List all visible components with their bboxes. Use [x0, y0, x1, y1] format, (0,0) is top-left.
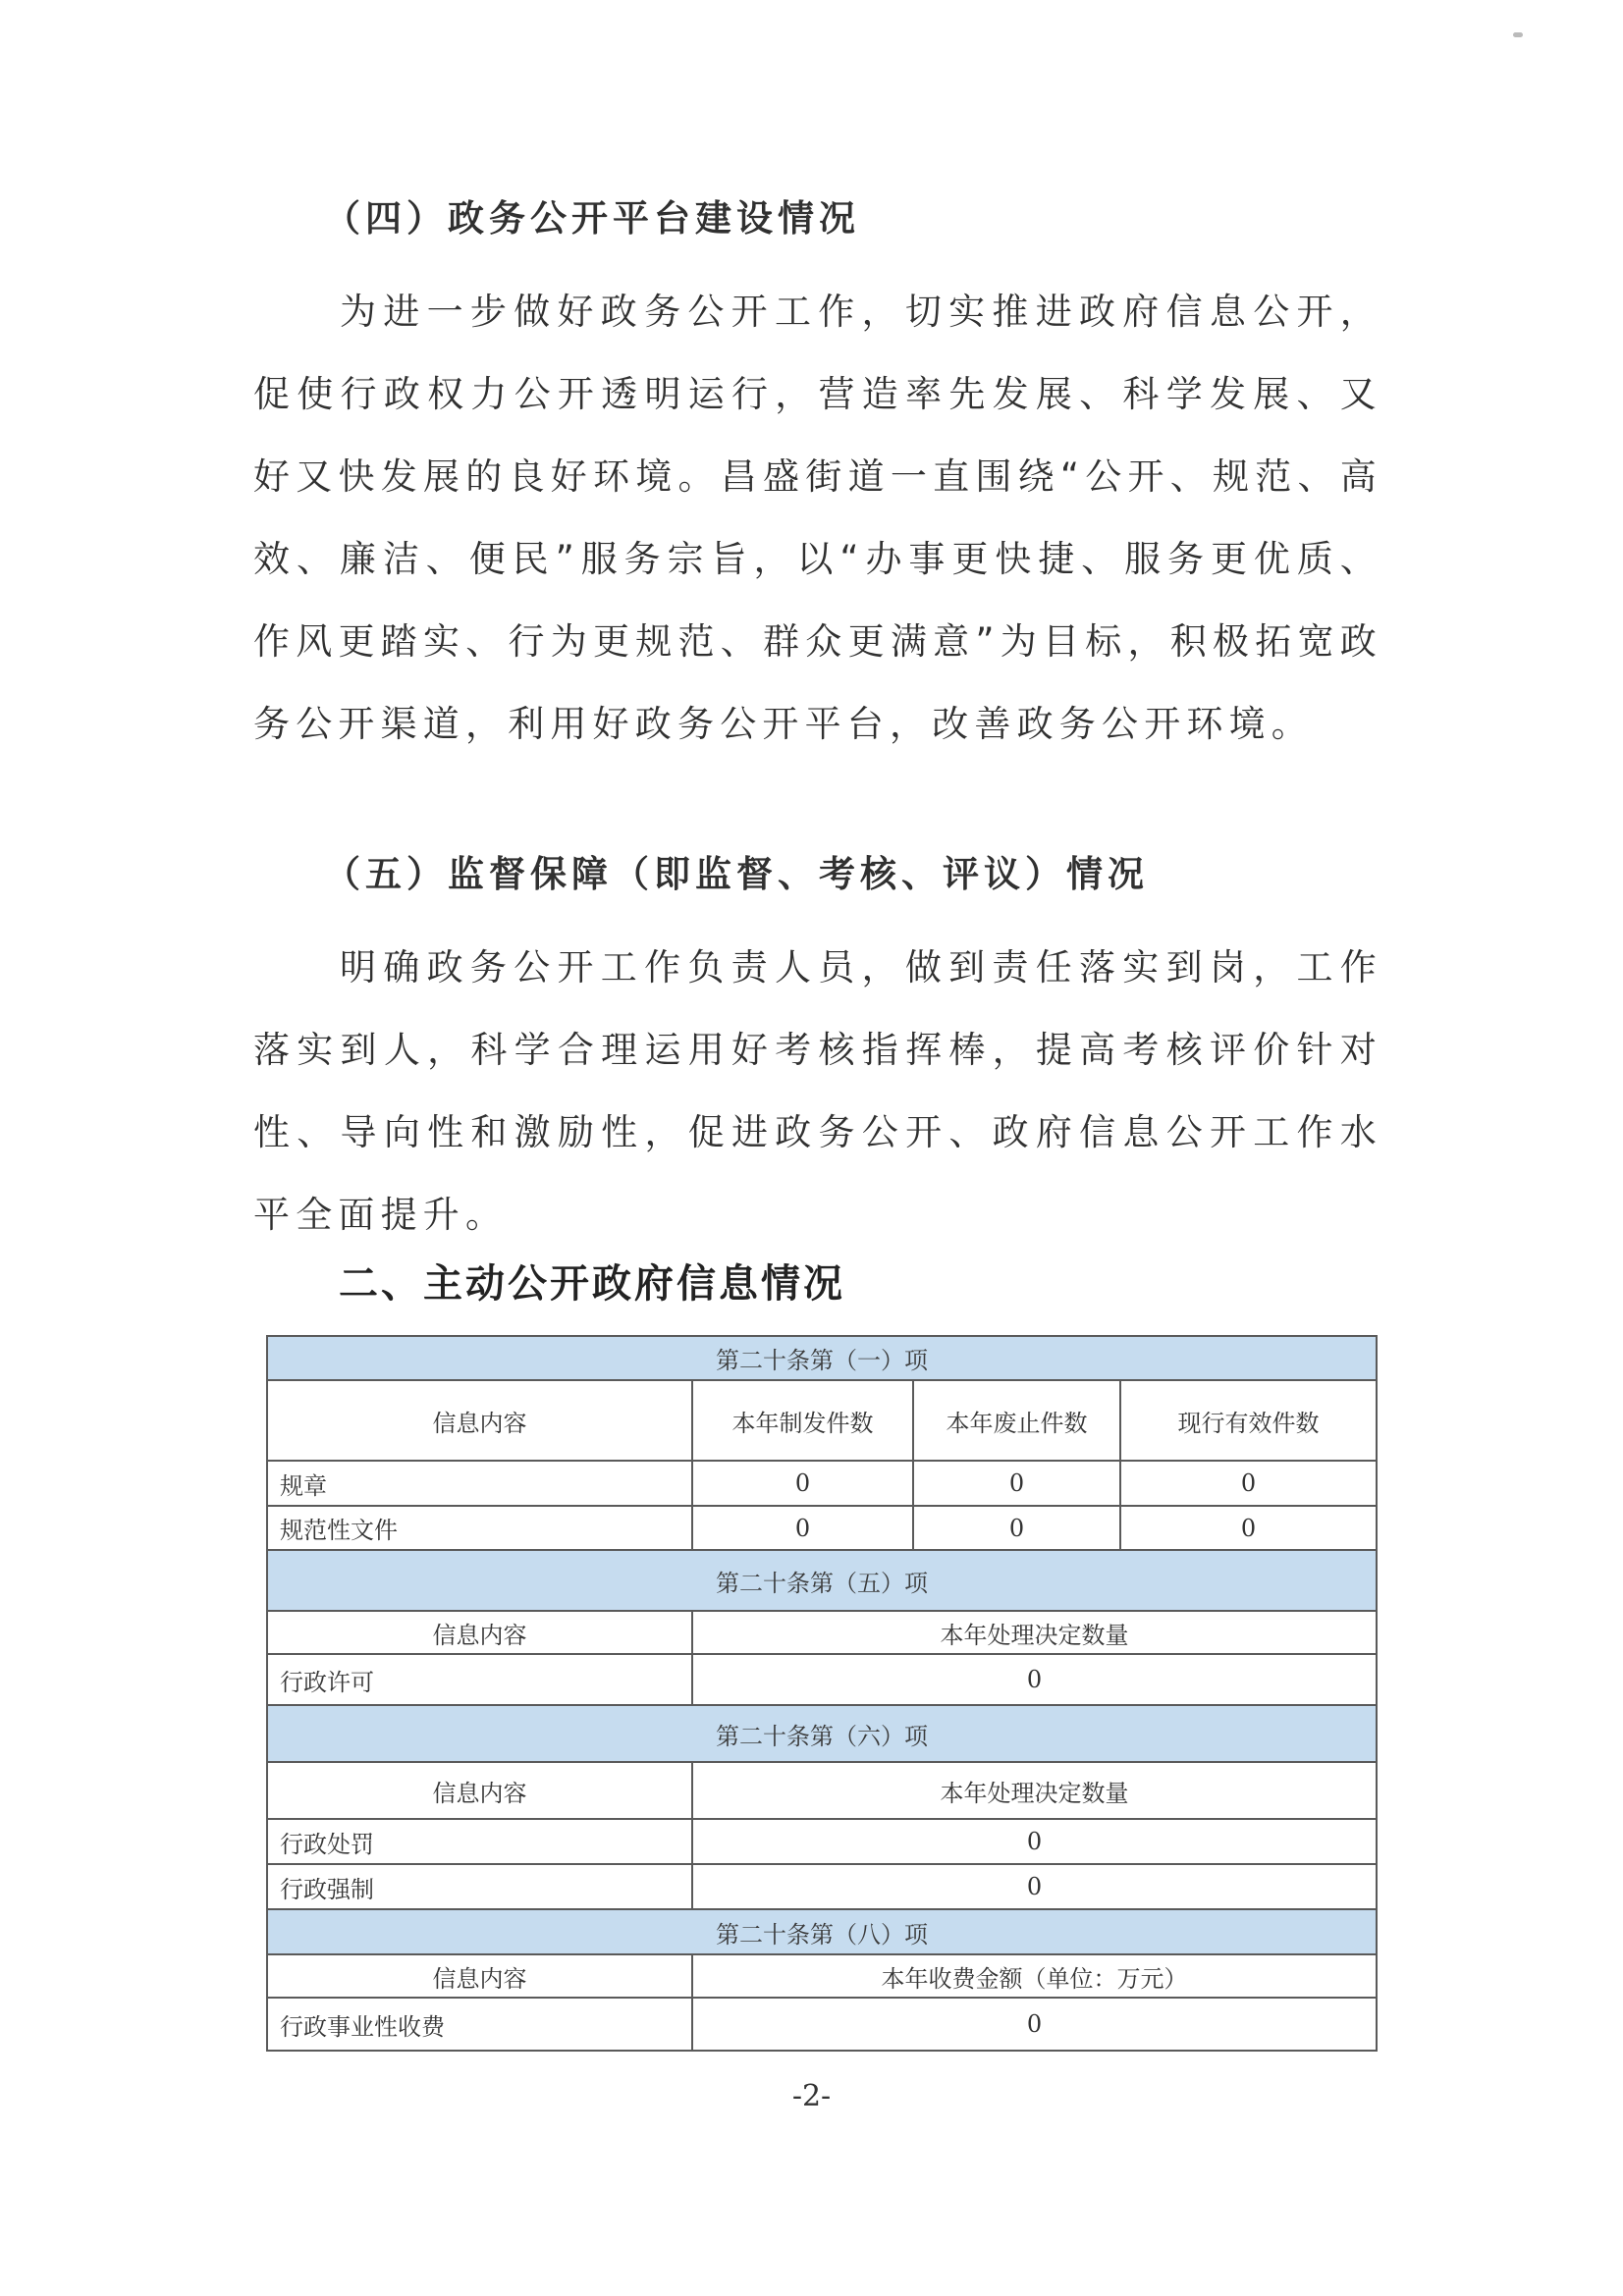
cell-value: 0: [692, 1506, 913, 1550]
column-header: 本年废止件数: [913, 1380, 1120, 1461]
cell-value: 0: [913, 1506, 1120, 1550]
column-header: 信息内容: [267, 1954, 692, 1998]
row-label: 行政处罚: [267, 1819, 692, 1864]
cell-value: 0: [1120, 1461, 1377, 1506]
cell-value: 0: [692, 1654, 1377, 1705]
table-row: 行政事业性收费 0: [267, 1998, 1377, 2051]
column-header: 本年处理决定数量: [692, 1762, 1377, 1819]
column-header: 现行有效件数: [1120, 1380, 1377, 1461]
column-header-row: 信息内容 本年处理决定数量: [267, 1611, 1377, 1654]
section-band-row: 第二十条第（八）项: [267, 1909, 1377, 1954]
column-header-row: 信息内容 本年处理决定数量: [267, 1762, 1377, 1819]
cell-value: 0: [692, 1819, 1377, 1864]
section-band-row: 第二十条第（五）项: [267, 1550, 1377, 1611]
table-row: 行政许可 0: [267, 1654, 1377, 1705]
row-label: 规范性文件: [267, 1506, 692, 1550]
table-row: 规章 0 0 0: [267, 1461, 1377, 1506]
section-title: 第二十条第（五）项: [267, 1550, 1377, 1611]
section-band-row: 第二十条第（六）项: [267, 1705, 1377, 1762]
part2-title: 二、主动公开政府信息情况: [339, 1259, 845, 1308]
row-label: 行政事业性收费: [267, 1998, 692, 2051]
row-label: 规章: [267, 1461, 692, 1506]
row-label: 行政许可: [267, 1654, 692, 1705]
table-row: 行政强制 0: [267, 1864, 1377, 1909]
section5-body: 明确政务公开工作负责人员，做到责任落实到岗，工作落实到人，科学合理运用好考核指挥…: [253, 927, 1382, 1256]
page-number: -2-: [0, 2079, 1623, 2113]
section-title: 第二十条第（六）项: [267, 1705, 1377, 1762]
section-title: 第二十条第（八）项: [267, 1909, 1377, 1954]
column-header: 信息内容: [267, 1611, 692, 1654]
column-header: 信息内容: [267, 1380, 692, 1461]
cell-value: 0: [692, 1998, 1377, 2051]
table-row: 行政处罚 0: [267, 1819, 1377, 1864]
section5-heading: （五）监督保障（即监督、考核、评议）情况: [324, 850, 1149, 899]
section4-heading: （四）政务公开平台建设情况: [324, 194, 860, 243]
scan-speck: [1513, 32, 1523, 37]
disclosure-table: 第二十条第（一）项 信息内容 本年制发件数 本年废止件数 现行有效件数 规章 0…: [266, 1335, 1378, 2052]
column-header: 本年收费金额（单位：万元）: [692, 1954, 1377, 1998]
row-label: 行政强制: [267, 1864, 692, 1909]
column-header: 信息内容: [267, 1762, 692, 1819]
column-header-row: 信息内容 本年制发件数 本年废止件数 现行有效件数: [267, 1380, 1377, 1461]
cell-value: 0: [913, 1461, 1120, 1506]
column-header: 本年制发件数: [692, 1380, 913, 1461]
column-header: 本年处理决定数量: [692, 1611, 1377, 1654]
cell-value: 0: [1120, 1506, 1377, 1550]
cell-value: 0: [692, 1461, 913, 1506]
section4-body: 为进一步做好政务公开工作，切实推进政府信息公开，促使行政权力公开透明运行，营造率…: [253, 271, 1382, 766]
column-header-row: 信息内容 本年收费金额（单位：万元）: [267, 1954, 1377, 1998]
section-title: 第二十条第（一）项: [267, 1336, 1377, 1380]
table-row: 规范性文件 0 0 0: [267, 1506, 1377, 1550]
cell-value: 0: [692, 1864, 1377, 1909]
section-band-row: 第二十条第（一）项: [267, 1336, 1377, 1380]
